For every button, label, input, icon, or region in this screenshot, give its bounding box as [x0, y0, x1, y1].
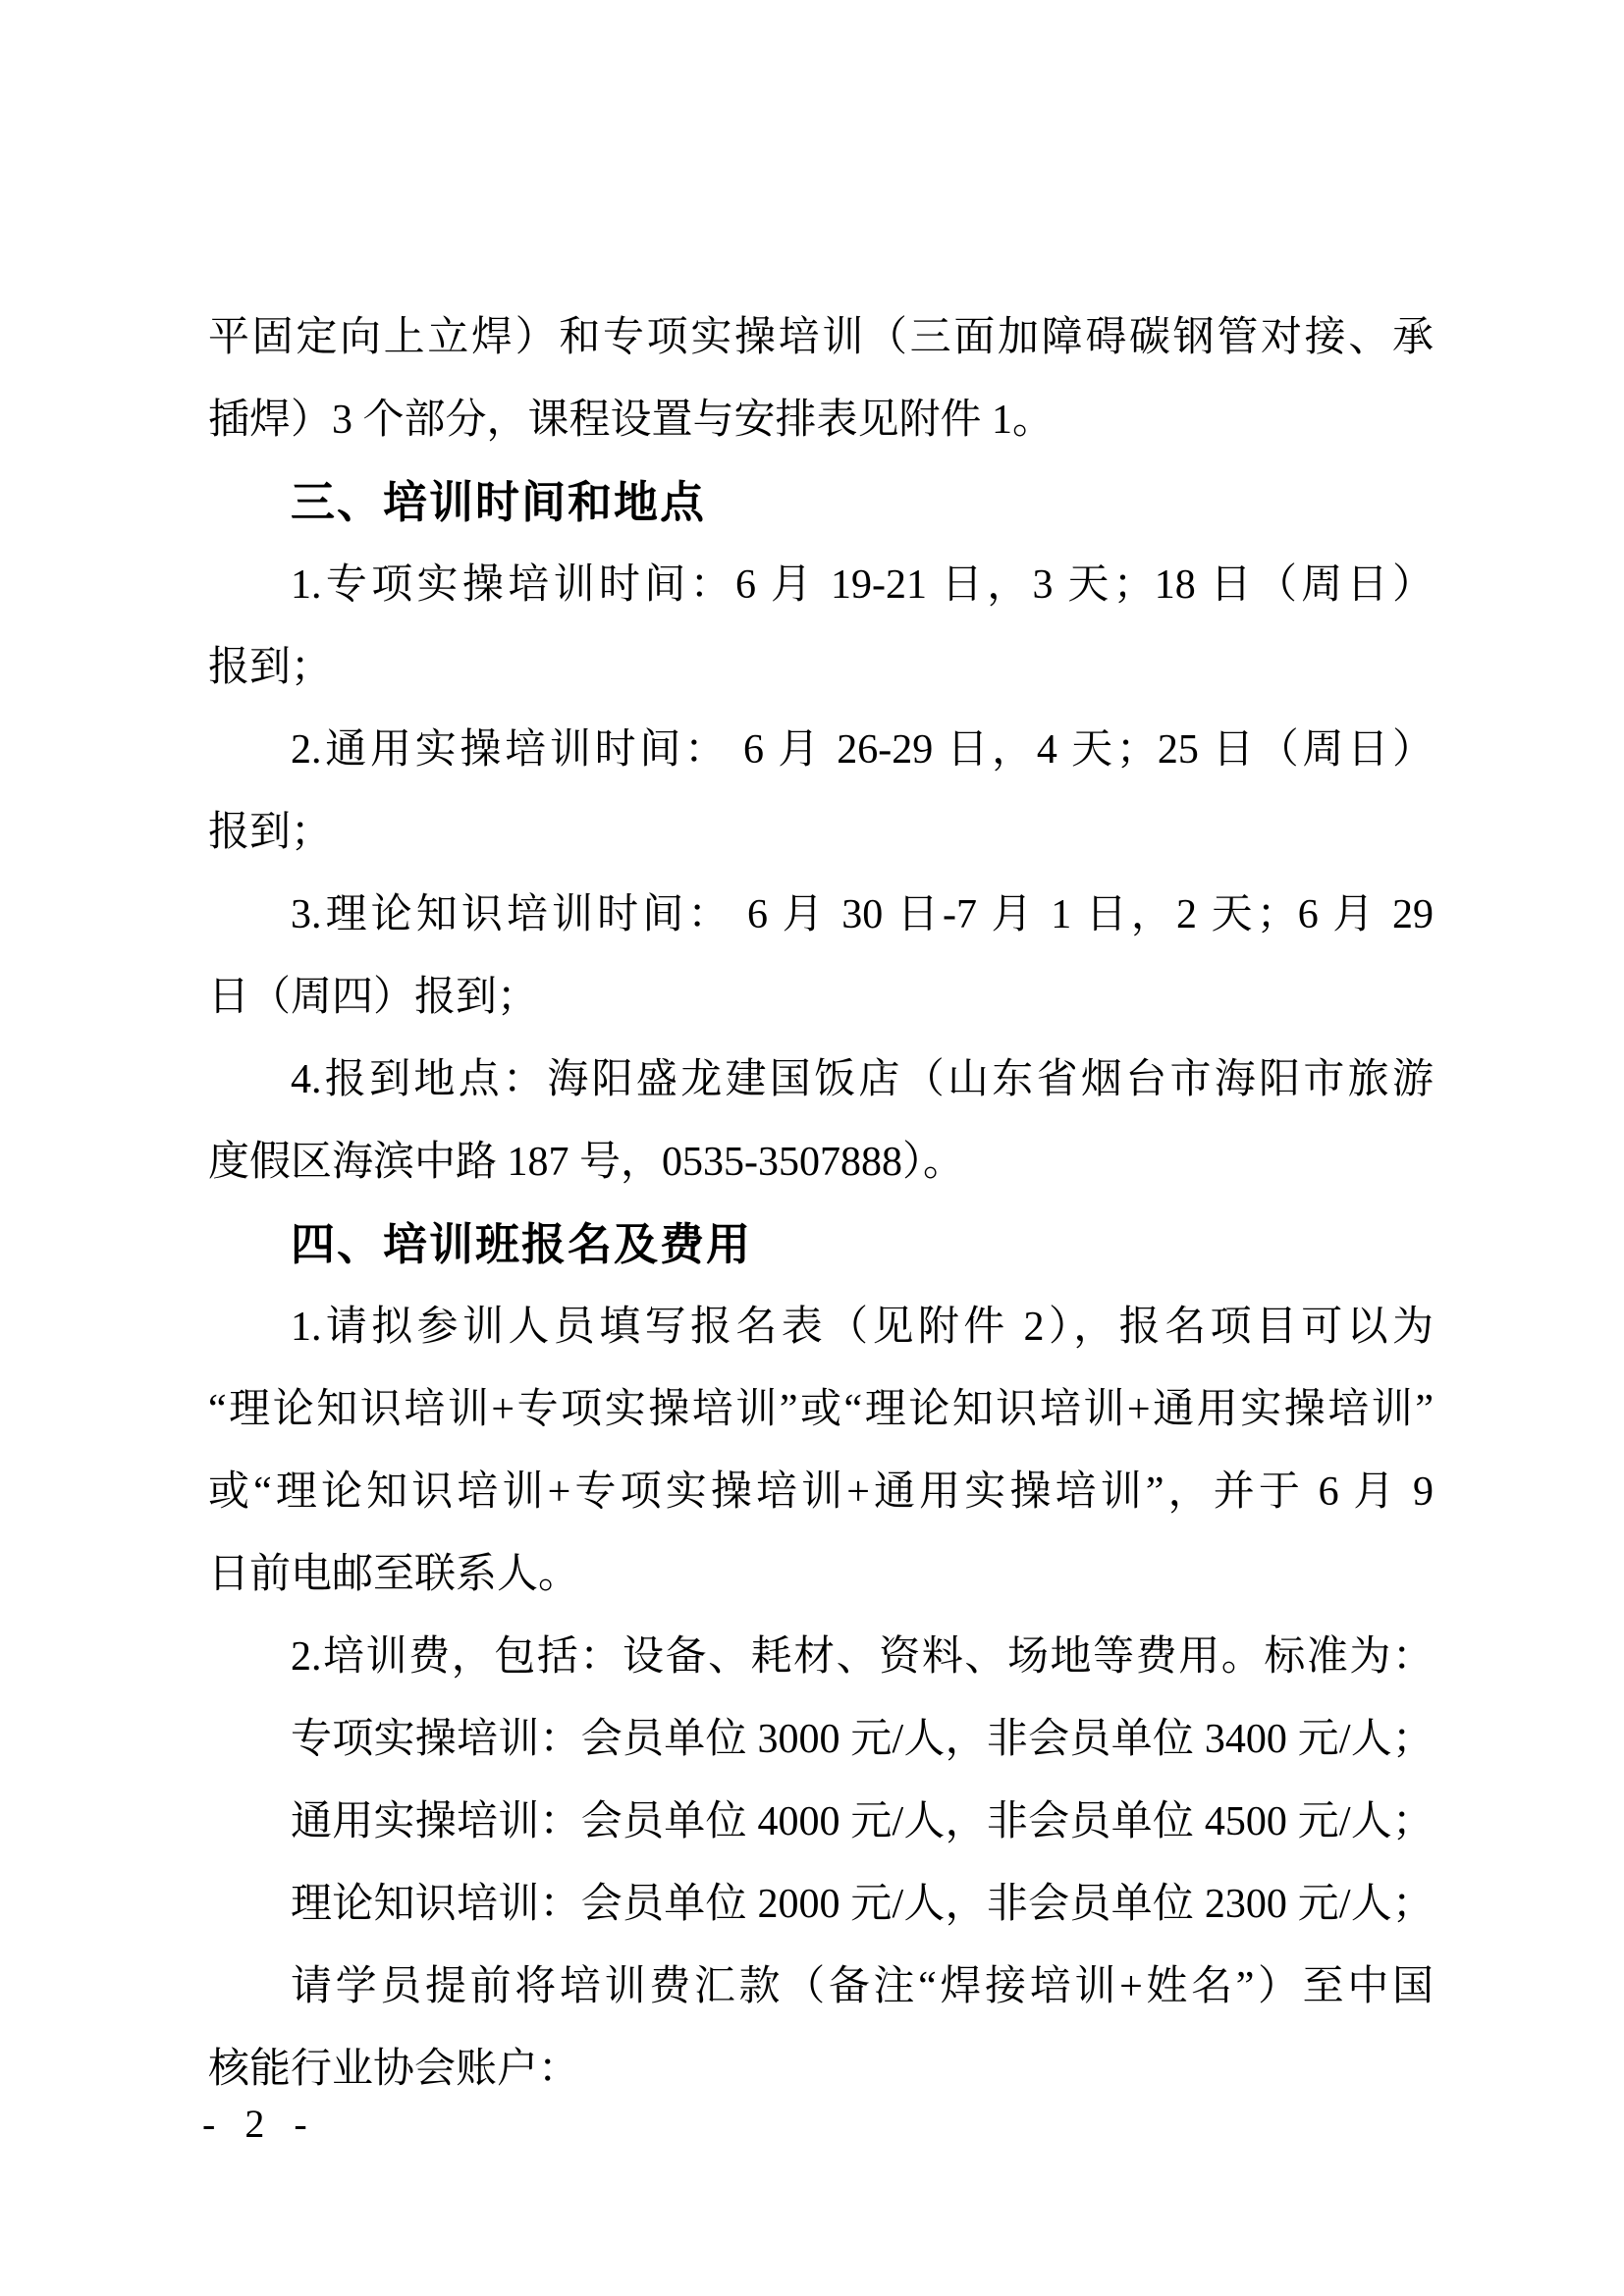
doc-line: 专项实操培训：会员单位 3000 元/人，非会员单位 3400 元/人；	[208, 1698, 1434, 1781]
doc-line: 日前电邮至联系人。	[208, 1533, 1434, 1616]
doc-line: 度假区海滨中路 187 号，0535-3507888）。	[208, 1121, 1434, 1203]
doc-line: 2.通用实操培训时间： 6 月 26-29 日，4 天；25 日（周日）	[208, 709, 1434, 791]
document-page: 平固定向上立焊）和专项实操培训（三面加障碍碳钢管对接、承 插焊）3 个部分，课程…	[0, 0, 1624, 2296]
doc-line: 或“理论知识培训+专项实操培训+通用实操培训”，并于 6 月 9	[208, 1451, 1434, 1533]
doc-line: 报到；	[208, 626, 1434, 709]
doc-line: 核能行业协会账户：	[208, 2028, 1434, 2110]
doc-line: “理论知识培训+专项实操培训”或“理论知识培训+通用实操培训”	[208, 1368, 1434, 1451]
doc-line: 请学员提前将培训费汇款（备注“焊接培训+姓名”）至中国	[208, 1946, 1434, 2028]
doc-line: 通用实操培训：会员单位 4000 元/人，非会员单位 4500 元/人；	[208, 1781, 1434, 1863]
doc-line: 1.专项实操培训时间：6 月 19-21 日，3 天；18 日（周日）	[208, 544, 1434, 626]
page-number: - 2 -	[202, 2097, 317, 2152]
section-heading: 四、培训班报名及费用	[208, 1203, 1434, 1286]
section-heading: 三、培训时间和地点	[208, 461, 1434, 544]
doc-line: 理论知识培训：会员单位 2000 元/人，非会员单位 2300 元/人；	[208, 1863, 1434, 1946]
doc-line: 报到；	[208, 791, 1434, 874]
doc-line: 平固定向上立焊）和专项实操培训（三面加障碍碳钢管对接、承	[208, 296, 1434, 379]
doc-line: 2.培训费，包括：设备、耗材、资料、场地等费用。标准为：	[208, 1616, 1434, 1698]
doc-line: 4.报到地点：海阳盛龙建国饭店（山东省烟台市海阳市旅游	[208, 1039, 1434, 1121]
doc-line: 3.理论知识培训时间： 6 月 30 日-7 月 1 日，2 天；6 月 29	[208, 874, 1434, 956]
doc-line: 日（周四）报到；	[208, 956, 1434, 1039]
document-body: 平固定向上立焊）和专项实操培训（三面加障碍碳钢管对接、承 插焊）3 个部分，课程…	[208, 296, 1434, 2110]
doc-line: 插焊）3 个部分，课程设置与安排表见附件 1。	[208, 379, 1434, 461]
doc-line: 1.请拟参训人员填写报名表（见附件 2），报名项目可以为	[208, 1286, 1434, 1368]
